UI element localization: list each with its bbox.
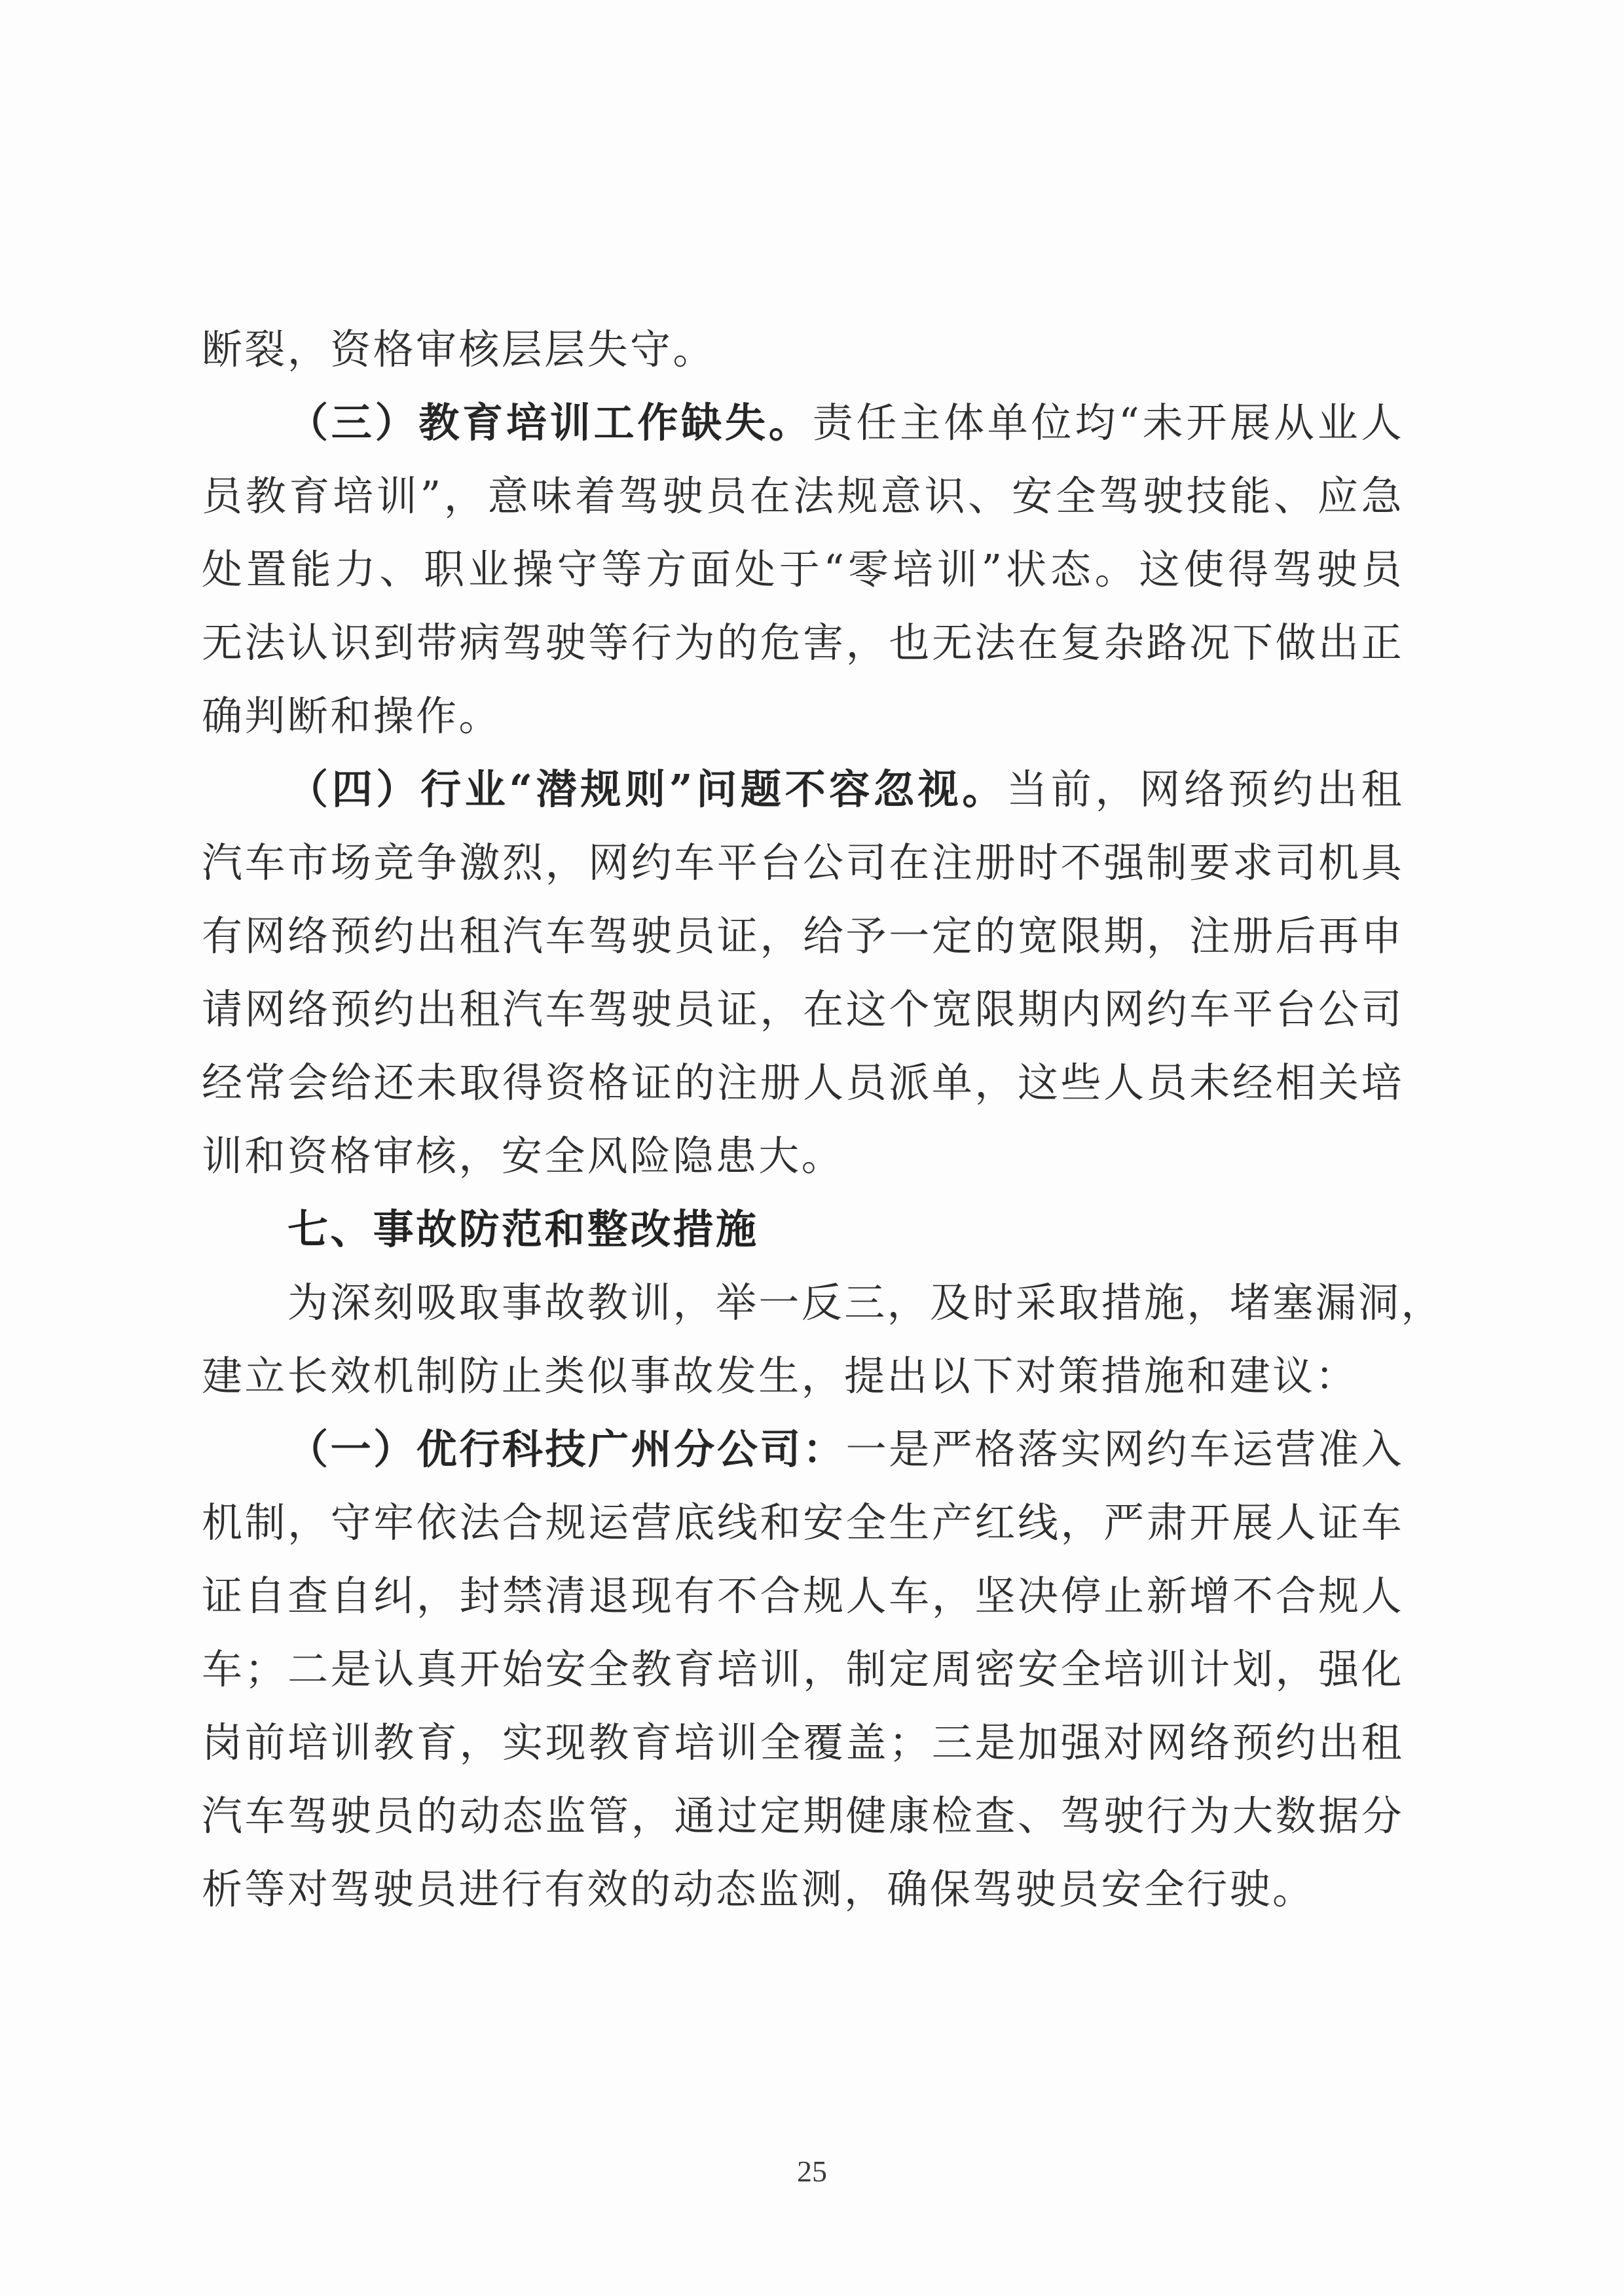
subsection-4-line: （四）行业“潜规则”问题不容忽视。当前，网络预约出租 [202, 753, 1404, 826]
paragraph-line: 请网络预约出租汽车驾驶员证，在这个宽限期内网约车平台公司 [202, 973, 1404, 1046]
paragraph-line: 机制，守牢依法合规运营底线和安全生产红线，严肃开展人证车 [202, 1486, 1404, 1559]
paragraph-line: 岗前培训教育，实现教育培训全覆盖；三是加强对网络预约出租 [202, 1706, 1404, 1779]
document-page: 断裂，资格审核层层失守。 （三）教育培训工作缺失。责任主体单位均“未开展从业人 … [0, 0, 1624, 2296]
paragraph-line: 建立长效机制防止类似事故发生，提出以下对策措施和建议： [202, 1339, 1404, 1413]
paragraph-line: 证自查自纠，封禁清退现有不合规人车，坚决停止新增不合规人 [202, 1559, 1404, 1633]
paragraph-line: 处置能力、职业操守等方面处于“零培训”状态。这使得驾驶员 [202, 533, 1404, 606]
paragraph-line: 汽车驾驶员的动态监管，通过定期健康检查、驾驶行为大数据分 [202, 1779, 1404, 1853]
chapter-7-heading: 七、事故防范和整改措施 [202, 1193, 1404, 1266]
paragraph-text: 当前，网络预约出租 [1006, 765, 1404, 813]
subsection-4-title: （四）行业“潜规则”问题不容忽视。 [287, 765, 1006, 813]
paragraph-line: 训和资格审核，安全风险隐患大。 [202, 1120, 1404, 1193]
paragraph-text: 一是严格落实网约车运营准入 [846, 1425, 1404, 1473]
paragraph-line: 断裂，资格审核层层失守。 [202, 313, 1404, 386]
subsection-1-line: （一）优行科技广州分公司：一是严格落实网约车运营准入 [202, 1413, 1404, 1486]
paragraph-line: 汽车市场竞争激烈，网约车平台公司在注册时不强制要求司机具 [202, 826, 1404, 900]
subsection-3-line: （三）教育培训工作缺失。责任主体单位均“未开展从业人 [202, 386, 1404, 460]
body-text: 断裂，资格审核层层失守。 （三）教育培训工作缺失。责任主体单位均“未开展从业人 … [202, 313, 1404, 1926]
paragraph-line: 有网络预约出租汽车驾驶员证，给予一定的宽限期，注册后再申 [202, 900, 1404, 973]
subsection-1-title: （一）优行科技广州分公司： [287, 1425, 846, 1473]
page-number: 25 [0, 2154, 1624, 2189]
paragraph-line: 无法认识到带病驾驶等行为的危害，也无法在复杂路况下做出正 [202, 606, 1404, 680]
paragraph-line: 确判断和操作。 [202, 680, 1404, 753]
paragraph-line: 员教育培训”，意味着驾驶员在法规意识、安全驾驶技能、应急 [202, 460, 1404, 533]
paragraph-line: 析等对驾驶员进行有效的动态监测，确保驾驶员安全行驶。 [202, 1853, 1404, 1926]
paragraph-line: 车；二是认真开始安全教育培训，制定周密安全培训计划，强化 [202, 1633, 1404, 1706]
subsection-3-title: （三）教育培训工作缺失。 [287, 399, 813, 446]
paragraph-line: 为深刻吸取事故教训，举一反三，及时采取措施，堵塞漏洞， [202, 1266, 1404, 1339]
paragraph-line: 经常会给还未取得资格证的注册人员派单，这些人员未经相关培 [202, 1046, 1404, 1120]
paragraph-text: 责任主体单位均“未开展从业人 [813, 399, 1404, 446]
